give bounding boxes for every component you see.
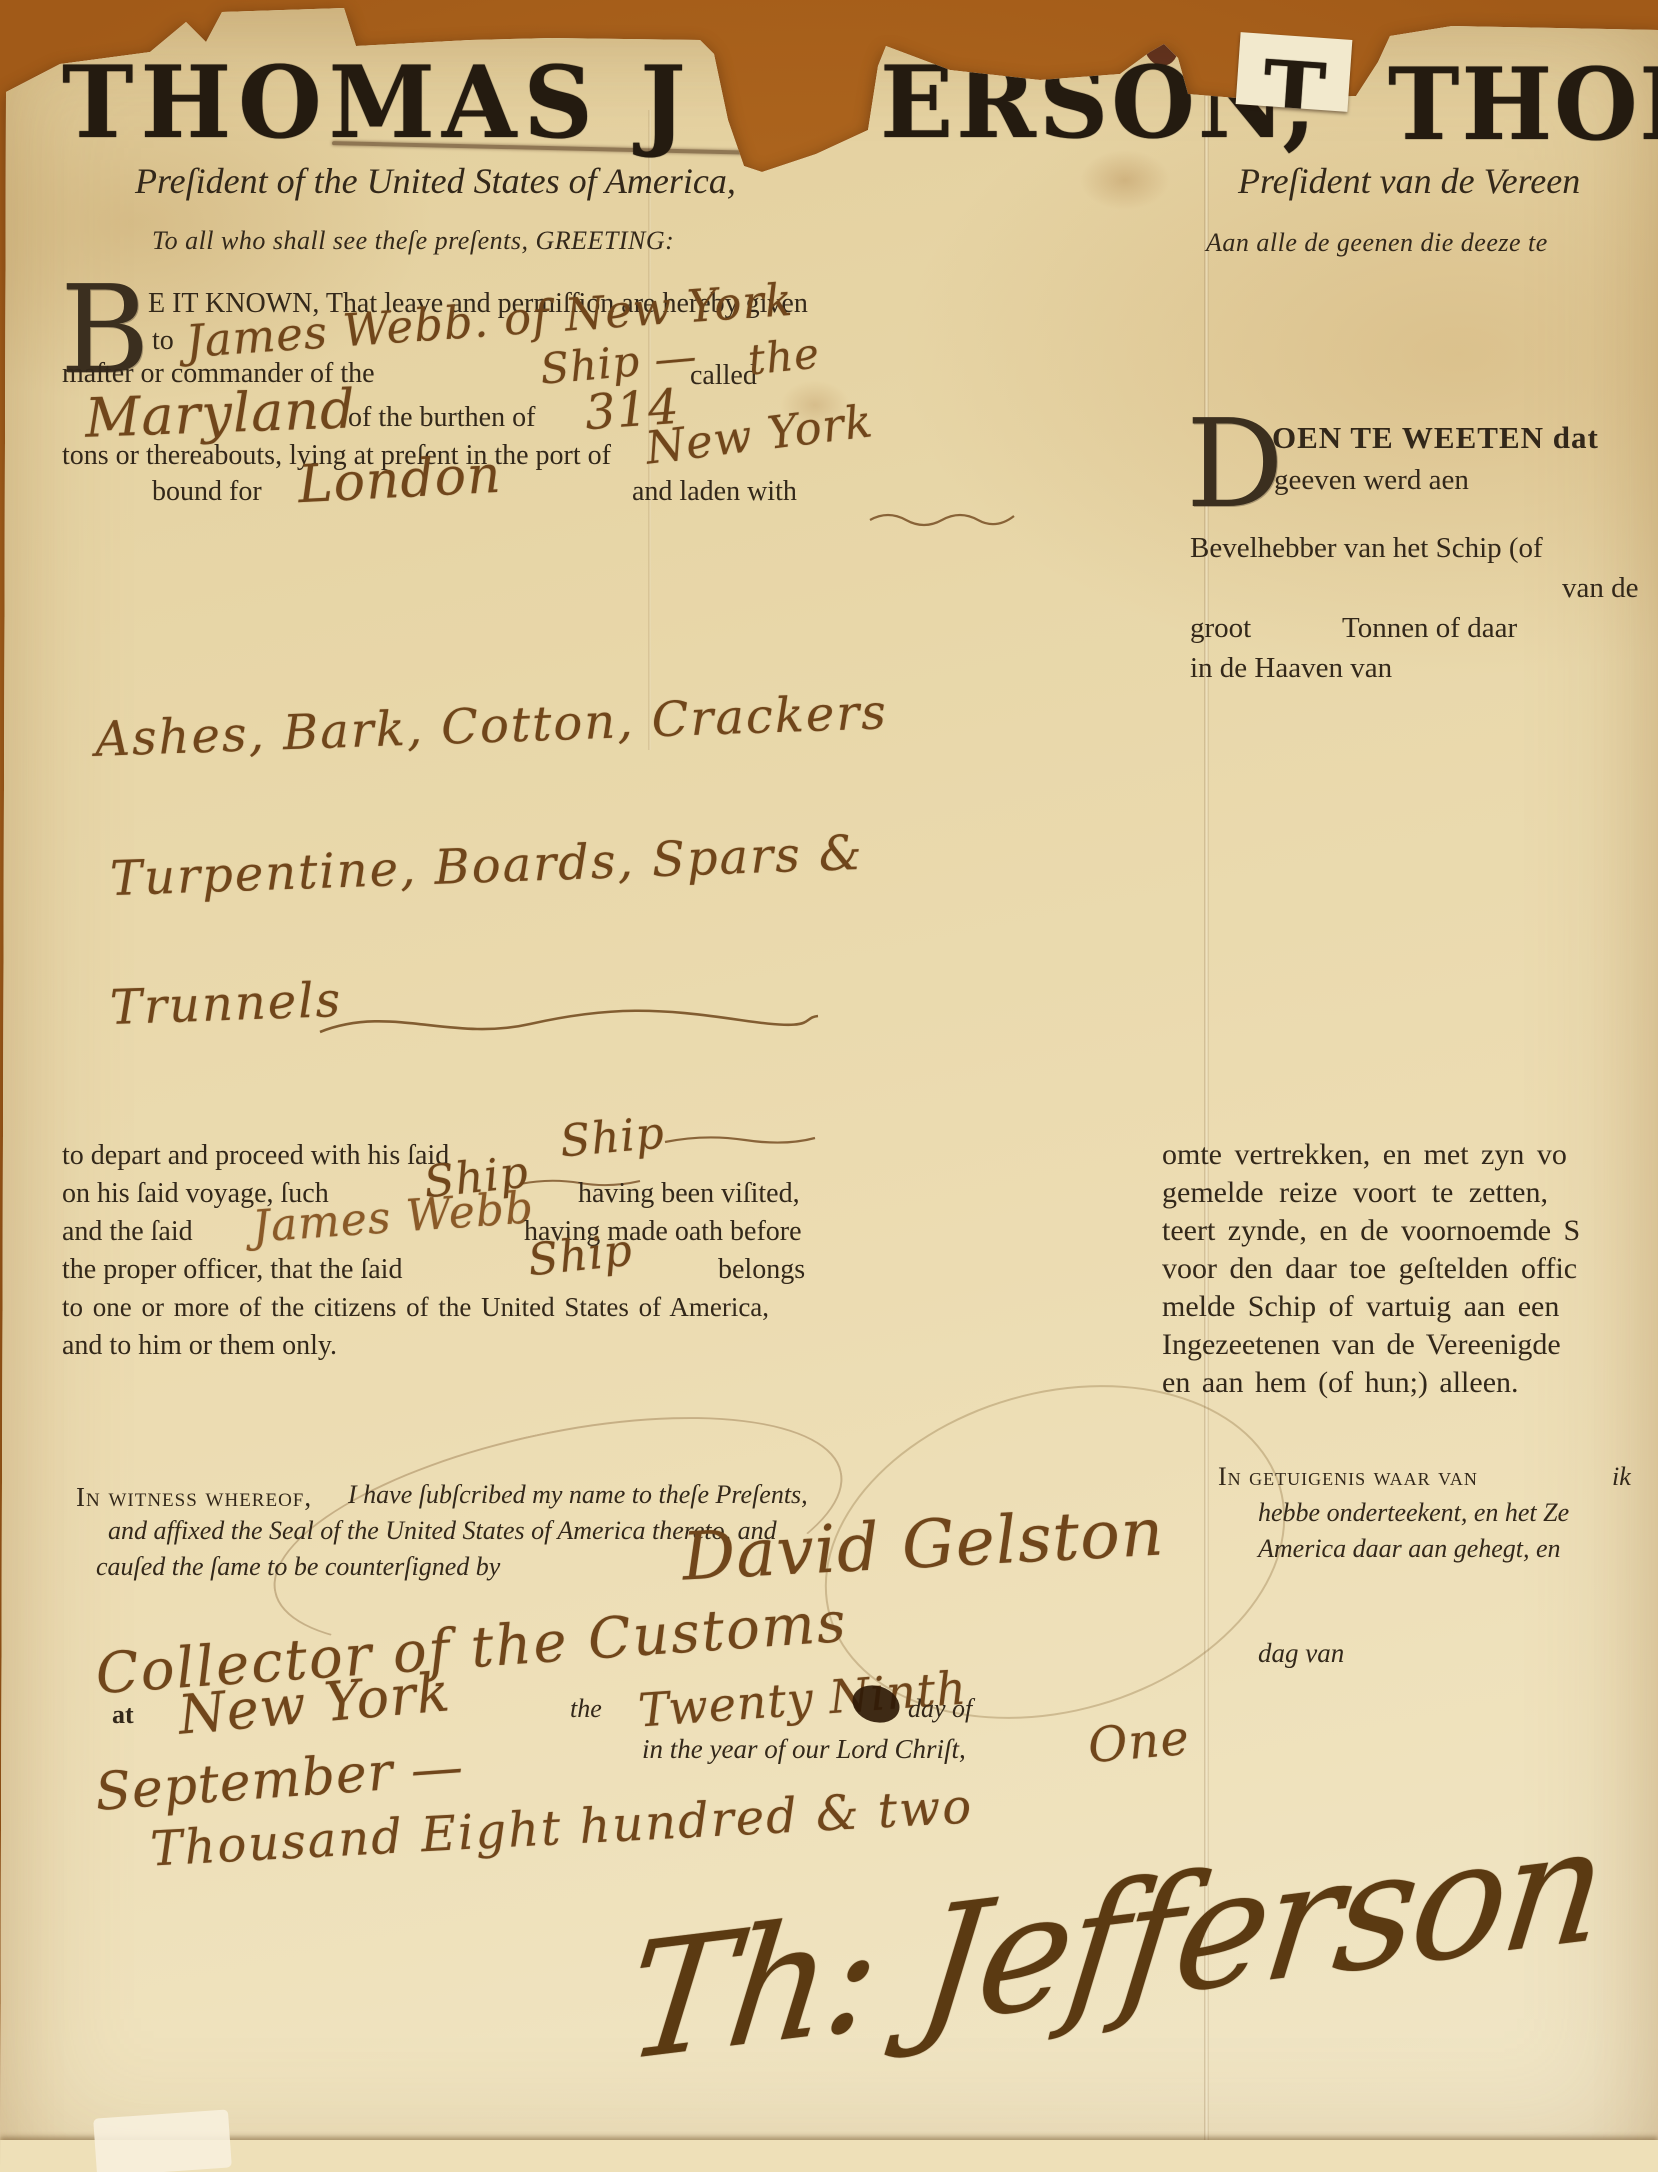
salutation-english: To all who shall see theſe preſents, GRE… (152, 226, 674, 256)
paper-sheet: THOMAS J ERSON, THOMAS J Preſident of th… (0, 0, 1658, 2172)
bound-for: bound for (152, 476, 262, 508)
dutch-witness-ik: ik (1612, 1462, 1631, 1492)
p2-line6: and to him or them only. (62, 1330, 337, 1362)
laden-with: and laden with (632, 476, 797, 508)
p2-line5: to one or more of the citizens of the Un… (62, 1292, 769, 1323)
flourish-the-underline (868, 508, 1018, 530)
destination-hand: London (297, 445, 503, 516)
one-hand: One (1086, 1710, 1192, 1775)
dutch-p2-line: omte vertrekken, en met zyn vo (1162, 1138, 1567, 1172)
p2-ship3-hand: Ship (526, 1225, 635, 1287)
witness-line3: cauſed the ſame to be counterſigned by (96, 1552, 500, 1582)
dutch-p2-line: en aan hem (of hun;) alleen. (1162, 1366, 1519, 1400)
dutch-witness-line2: hebbe onderteekent, en het Ze (1258, 1498, 1569, 1528)
word-the: the (570, 1694, 602, 1724)
dutch-p2-line: gemelde reize voort te zetten, (1162, 1176, 1548, 1210)
day-of: day of (908, 1694, 972, 1724)
cargo-line-1: Ashes, Bark, Cotton, Crackers (94, 684, 888, 768)
masthead-left: THOMAS J (62, 44, 693, 160)
word-at: at (112, 1700, 134, 1730)
p2-ship1-hand: Ship (558, 1108, 667, 1168)
cargo-line-3: Trunnels (109, 972, 343, 1036)
dutch-witness-line3: America daar aan gehegt, en (1258, 1534, 1561, 1564)
tonnen-line: Tonnen of daar (1342, 612, 1517, 645)
p2-line3: and the ſaid (62, 1216, 193, 1248)
geeven-werd-aen: geeven werd aen (1274, 464, 1469, 497)
salutation-dutch: Aan alle de geenen die deeze te (1206, 228, 1548, 258)
p2-line1: to depart and proceed with his ſaid (62, 1140, 449, 1172)
dropcap-d: D (1186, 412, 1284, 517)
subtitle-english: Preſident of the United States of Americ… (135, 160, 736, 202)
bottom-sheet-edge (0, 2140, 1658, 2172)
torn-scrap-fragment: T (1236, 32, 1353, 112)
dutch-witness-smallcaps: In getuigenis waar van (1218, 1462, 1478, 1492)
word-called: called (690, 360, 757, 392)
groot-word: groot (1190, 612, 1251, 645)
the-hand: the (746, 328, 823, 384)
dutch-p2-line: teert zynde, en de voornoemde S (1162, 1214, 1580, 1248)
flourish-ship1 (665, 1132, 815, 1148)
burthen-line: of the burthen of (348, 402, 535, 434)
word-to: to (152, 325, 174, 357)
p2-line2b: having been viſited, (578, 1178, 800, 1210)
vessel-name-hand: Maryland (84, 377, 357, 449)
masthead-right: THOMAS J (1388, 46, 1658, 162)
bottom-left-torn-fold (93, 2109, 232, 2172)
dutch-p2-line: melde Schip of vartuig aan een (1162, 1290, 1559, 1324)
witness-line2: and affixed the Seal of the United State… (108, 1516, 777, 1546)
dutch-p2-line: Ingezeetenen van de Vereenigde (1162, 1328, 1561, 1362)
p2-line4b: belongs (718, 1254, 805, 1286)
dutch-p2-line: voor den daar toe geſtelden offic (1162, 1252, 1577, 1286)
cargo-line-2: Turpentine, Boards, Spars & (109, 825, 864, 907)
subtitle-dutch: Preſident van de Vereen (1238, 160, 1580, 202)
p2-line4: the proper officer, that the ſaid (62, 1254, 402, 1286)
document-scan: THOMAS J ERSON, THOMAS J Preſident of th… (0, 0, 1658, 2172)
scrap-letter: T (1259, 40, 1328, 111)
witness-line1: I have ſubſcribed my name to theſe Preſe… (348, 1480, 808, 1510)
dag-van: dag van (1258, 1638, 1344, 1669)
bevelhebber-line: Bevelhebber van het Schip (of (1190, 532, 1543, 565)
torn-paper-edge: THOMAS J ERSON, THOMAS J Preſident of th… (0, 0, 1658, 2172)
doen-te-weeten: OEN TE WEETEN dat (1272, 420, 1599, 456)
witness-smallcaps: In witness whereof, (76, 1482, 312, 1513)
document-content: THOMAS J ERSON, THOMAS J Preſident of th… (0, 0, 1658, 2172)
van-de-line: van de (1562, 572, 1639, 605)
haaven-line: in de Haaven van (1190, 652, 1392, 685)
year-line: in the year of our Lord Chriſt, (642, 1734, 966, 1765)
flourish-trunnels-line (320, 990, 820, 1050)
